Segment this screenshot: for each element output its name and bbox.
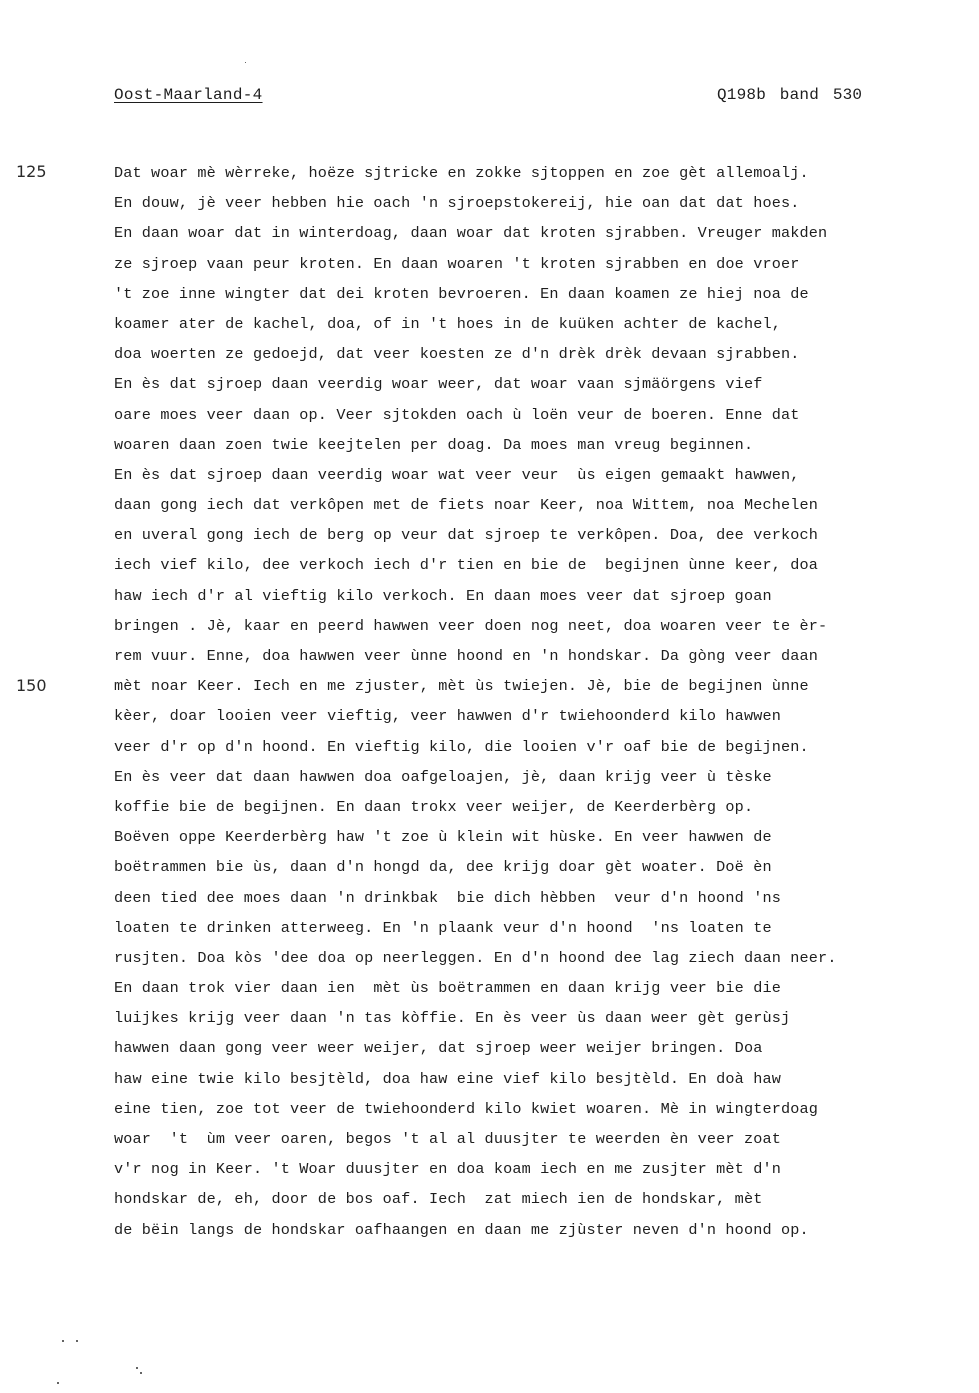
transcript-line: luijkes krijg veer daan 'n tas kòffie. E… [114,1003,974,1033]
transcript-body: Dat woar mè wèrreke, hoëze sjtricke en z… [114,158,974,1245]
document-location-title: Oost-Maarland-4 [114,86,263,104]
transcript-line: iech vief kilo, dee verkoch iech d'r tie… [114,550,974,580]
transcript-line: eine tien, zoe tot veer de twiehoonderd … [114,1094,974,1124]
transcript-line: 't zoe inne wingter dat dei kroten bevro… [114,279,974,309]
transcript-line: Dat woar mè wèrreke, hoëze sjtricke en z… [114,158,974,188]
transcript-line: koffie bie de begijnen. En daan trokx ve… [114,792,974,822]
transcript-line: doa woerten ze gedoejd, dat veer koesten… [114,339,974,369]
document-reference-code: Q198b band 530 [717,86,862,104]
transcript-line: kèer, doar looien veer vieftig, veer haw… [114,701,974,731]
transcript-line: En ès veer dat daan hawwen doa oafgeloaj… [114,762,974,792]
transcript-line: En ès dat sjroep daan veerdig woar wat v… [114,460,974,490]
transcript-line: En daan woar dat in winterdoag, daan woa… [114,218,974,248]
transcript-line: haw eine twie kilo besjtèld, doa haw ein… [114,1064,974,1094]
scan-speck [140,1372,142,1374]
scan-speck [245,62,246,63]
transcript-line: v'r nog in Keer. 't Woar duusjter en doa… [114,1154,974,1184]
transcript-line: En douw, jè veer hebben hie oach 'n sjro… [114,188,974,218]
transcript-line: En daan trok vier daan ien mèt ùs boëtra… [114,973,974,1003]
transcript-line: ze sjroep vaan peur kroten. En daan woar… [114,249,974,279]
transcript-line: koamer ater de kachel, doa, of in 't hoe… [114,309,974,339]
transcript-line: mèt noar Keer. Iech en me zjuster, mèt ù… [114,671,974,701]
line-number-150: 150 [16,676,47,695]
transcript-line: boëtrammen bie ùs, daan d'n hongd da, de… [114,852,974,882]
transcript-line: woaren daan zoen twie keejtelen per doag… [114,430,974,460]
scan-speck [76,1340,78,1342]
transcript-line: rem vuur. Enne, doa hawwen veer ùnne hoo… [114,641,974,671]
transcript-line: loaten te drinken atterweeg. En 'n plaan… [114,913,974,943]
transcript-line: deen tied dee moes daan 'n drinkbak bie … [114,883,974,913]
transcript-line: daan gong iech dat verkôpen met de fiets… [114,490,974,520]
scan-speck [62,1340,64,1342]
transcript-line: haw iech d'r al vieftig kilo verkoch. En… [114,581,974,611]
scan-speck [57,1382,59,1384]
transcript-line: En ès dat sjroep daan veerdig woar weer,… [114,369,974,399]
transcript-line: hondskar de, eh, door de bos oaf. Iech z… [114,1184,974,1214]
transcript-line: bringen . Jè, kaar en peerd hawwen veer … [114,611,974,641]
transcript-line: Boëven oppe Keerderbèrg haw 't zoe ù kle… [114,822,974,852]
typewritten-transcript-page: Oost-Maarland-4 Q198b band 530 125 150 D… [0,0,979,1393]
transcript-line: veer d'r op d'n hoond. En vieftig kilo, … [114,732,974,762]
transcript-line: rusjten. Doa kòs 'dee doa op neerleggen.… [114,943,974,973]
transcript-line: hawwen daan gong veer weer weijer, dat s… [114,1033,974,1063]
transcript-line: de bëin langs de hondskar oafhaangen en … [114,1215,974,1245]
transcript-line: oare moes veer daan op. Veer sjtokden oa… [114,400,974,430]
transcript-line: woar 't ùm veer oaren, begos 't al al du… [114,1124,974,1154]
line-number-125: 125 [16,162,47,181]
scan-speck [136,1367,138,1369]
transcript-line: en uveral gong iech de berg op veur dat … [114,520,974,550]
